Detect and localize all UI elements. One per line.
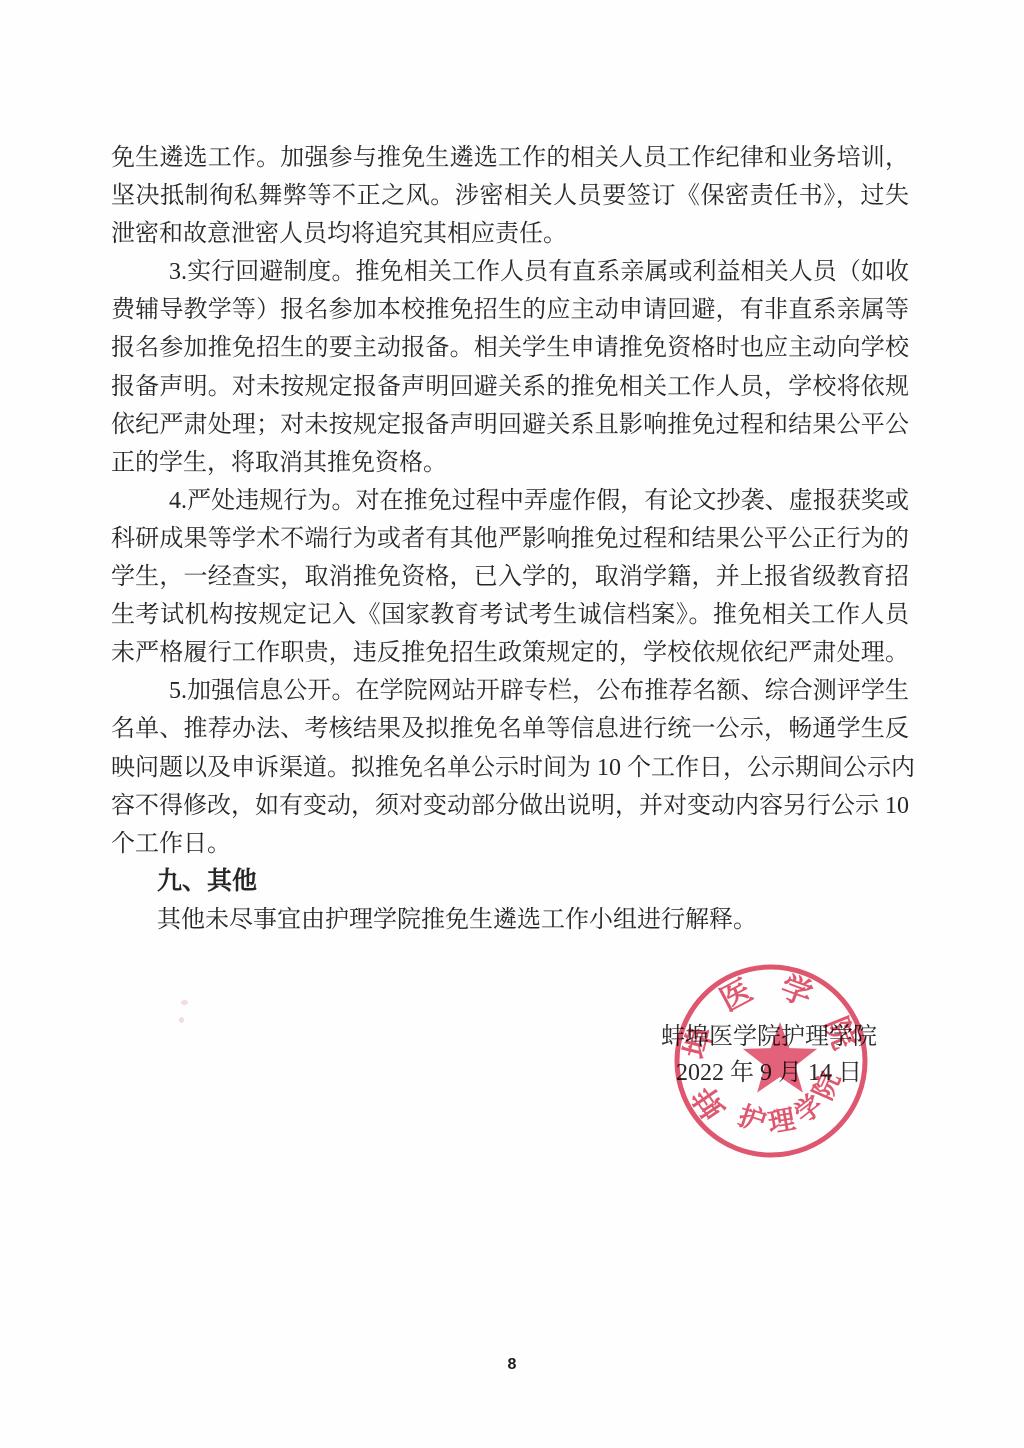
- seal-graphic: 蚌埠医学院 护理学院: [669, 959, 873, 1163]
- body-line: 坚决抵制徇私舞弊等不正之风。涉密相关人员要签订《保密责任书》，过失: [111, 177, 909, 215]
- body-line: 映问题以及申诉渠道。拟推免名单公示时间为 10 个工作日，公示期间公示内: [111, 749, 909, 787]
- body-line: 依纪严肃处理；对未按规定报备声明回避关系且影响推免过程和结果公平公: [111, 406, 909, 444]
- body-line: 3.实行回避制度。推免相关工作人员有直系亲属或利益相关人员（如收: [111, 253, 909, 291]
- official-seal-stamp: 蚌埠医学院 护理学院: [669, 959, 873, 1163]
- seal-character: 蚌: [686, 1080, 732, 1125]
- body-line: 报名参加推免招生的要主动报备。相关学生申请推免资格时也应主动向学校: [111, 329, 909, 367]
- body-line: 未严格履行工作职贵，违反推免招生政策规定的，学校依规依纪严肃处理。: [111, 634, 909, 672]
- body-line: 4.严处违规行为。对在推免过程中弄虚作假，有论文抄袭、虚报获奖或: [111, 482, 909, 520]
- body-line: 泄密和故意泄密人员均将追究其相应责任。: [111, 215, 909, 253]
- body-line: 其他未尽事宜由护理学院推免生遴选工作小组进行解释。: [111, 901, 909, 939]
- body-line: 免生遴选工作。加强参与推免生遴选工作的相关人员工作纪律和业务培训，: [111, 139, 909, 177]
- scan-speck: [179, 1017, 184, 1023]
- body-line: 正的学生，将取消其推免资格。: [111, 444, 909, 482]
- document-page: 免生遴选工作。加强参与推免生遴选工作的相关人员工作纪律和业务培训，坚决抵制徇私舞…: [0, 0, 1024, 1448]
- body-line: 名单、推荐办法、考核结果及拟推免名单等信息进行统一公示，畅通学生反: [111, 710, 909, 748]
- body-line: 容不得修改，如有变动，须对变动部分做出说明，并对变动内容另行公示 10: [111, 787, 909, 825]
- body-line: 个工作日。: [111, 825, 909, 863]
- body-line: 报备声明。对未按规定报备声明回避关系的推免相关工作人员，学校将依规: [111, 368, 909, 406]
- body-line: 九、其他: [111, 863, 909, 901]
- body-line: 学生，一经查实，取消推免资格，已入学的，取消学籍，并上报省级教育招: [111, 558, 909, 596]
- seal-character: 埠: [678, 1024, 719, 1063]
- body-line: 生考试机构按规定记入《国家教育考试考生诚信档案》。推免相关工作人员: [111, 596, 909, 634]
- scan-speck: [181, 1000, 188, 1005]
- body-line: 科研成果等学术不端行为或者有其他严影响推免过程和结果公平公正行为的: [111, 520, 909, 558]
- seal-star-icon: [743, 1022, 817, 1093]
- page-number: 8: [0, 1356, 1024, 1374]
- body-line: 费辅导教学等）报名参加本校推免招生的应主动申请回避，有非直系亲属等: [111, 291, 909, 329]
- seal-character: 护: [735, 1100, 770, 1138]
- document-body: 免生遴选工作。加强参与推免生遴选工作的相关人员工作纪律和业务培训，坚决抵制徇私舞…: [111, 139, 909, 939]
- body-line: 5.加强信息公开。在学院网站开辟专栏，公布推荐名额、综合测评学生: [111, 672, 909, 710]
